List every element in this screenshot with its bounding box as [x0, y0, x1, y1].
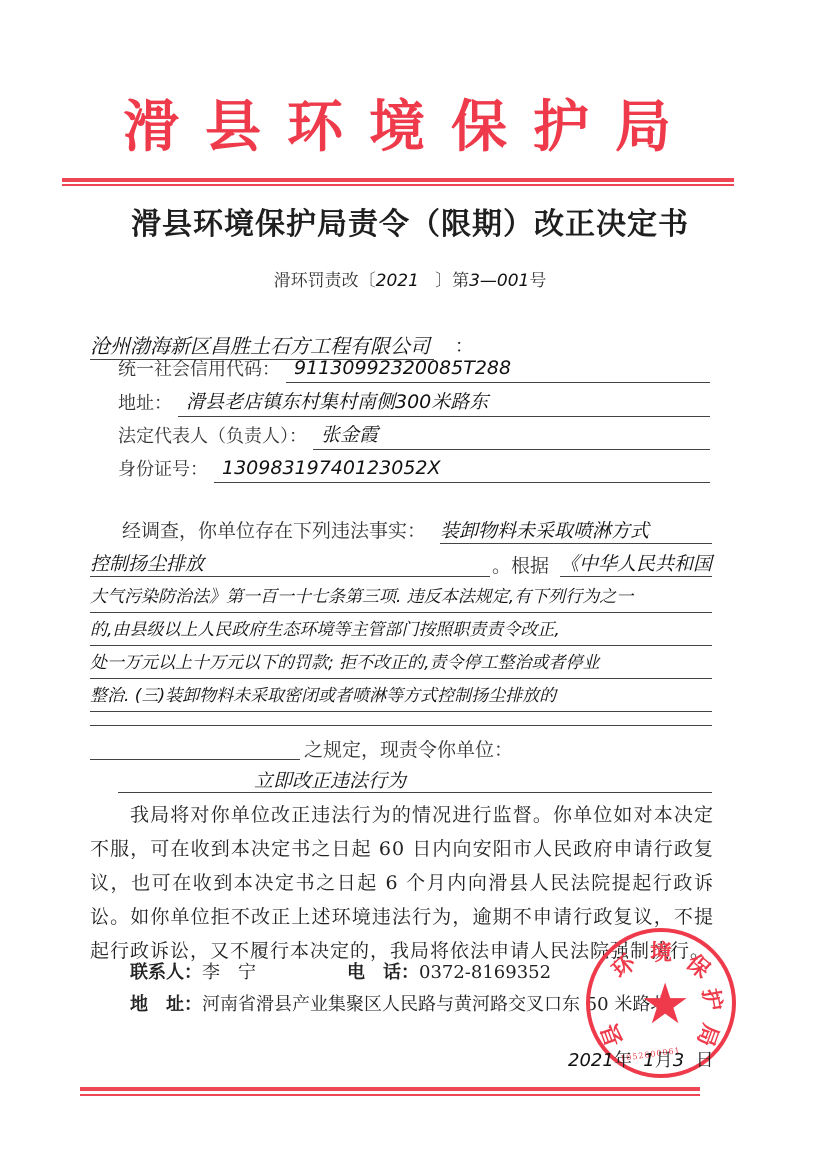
- contact-phone-row: 电 话：0372-8169352: [347, 958, 551, 984]
- field-credit-code: 统一社会信用代码： 91130992320085T288: [118, 355, 710, 383]
- blank-line: [90, 697, 712, 726]
- seal-char: 境: [650, 936, 672, 967]
- star-icon: ★: [640, 977, 690, 1033]
- id-number-label: 身份证号：: [118, 455, 208, 483]
- fact-line-2: 控制扬尘排放: [90, 549, 490, 577]
- order-intro-line: 之规定，现责令你单位：: [90, 733, 712, 763]
- order-line: 立即改正违法行为: [118, 766, 712, 793]
- contact-address-label: 地 址：: [130, 994, 202, 1015]
- contact-person-row: 联系人：李 宁: [130, 958, 256, 984]
- findings-intro: 经调查，你单位存在下列违法事实：: [122, 520, 426, 542]
- contact-person-label: 联系人：: [130, 962, 202, 983]
- document-number: 滑环罚责改〔2021 〕第3—001号: [60, 266, 760, 291]
- basis-line-4: 处一万元以上十万元以下的罚款; 拒不改正的,责令停工整治或者停业: [90, 648, 712, 679]
- doc-number-prefix: 滑环罚责改〔: [274, 271, 376, 291]
- fact-line-1: 装卸物料未采取喷淋方式: [440, 516, 712, 544]
- basis-line-2: 大气污染防治法》第一百一十七条第三项. 违反本法规定,有下列行为之一: [90, 582, 712, 613]
- contact-person: 李 宁: [202, 962, 256, 983]
- order-intro: 之规定，现责令你单位：: [304, 735, 513, 762]
- document-title: 滑县环境保护局责令（限期）改正决定书: [60, 205, 760, 245]
- doc-number-value: 3—001: [469, 271, 529, 291]
- address-label: 地址：: [118, 389, 172, 417]
- date-year-label: 年: [614, 1050, 632, 1071]
- field-address: 地址： 滑县老店镇东村集村南侧300米路东: [118, 389, 710, 417]
- address-value: 滑县老店镇东村集村南侧300米路东: [178, 389, 710, 417]
- contact-phone-label: 电 话：: [347, 962, 419, 983]
- findings-line-1: 经调查，你单位存在下列违法事实： 装卸物料未采取喷淋方式: [90, 516, 712, 546]
- seal-char: 环: [605, 947, 642, 985]
- legal-rep-label: 法定代表人（负责人）：: [118, 422, 307, 450]
- basis-label: 。根据: [492, 551, 549, 578]
- order-text: 立即改正违法行为: [254, 770, 406, 792]
- footer-rule-thick: [80, 1087, 700, 1091]
- date-month: 1: [643, 1050, 654, 1071]
- field-legal-rep: 法定代表人（负责人）： 张金霞: [118, 422, 710, 450]
- basis-line-3: 的,由县级以上人民政府生态环境等主管部门按照职责责令改正,: [90, 615, 712, 646]
- legal-rep-value: 张金霞: [313, 422, 710, 450]
- date-day: 3: [673, 1050, 684, 1071]
- contact-phone: 0372-8169352: [419, 962, 551, 983]
- credit-code-label: 统一社会信用代码：: [118, 355, 280, 383]
- date-year: 2021: [568, 1050, 614, 1071]
- letterhead-agency-name: 滑县环境保护局: [60, 92, 760, 162]
- letterhead-rule-thin: [62, 184, 734, 186]
- id-number-value: 13098319740123052X: [214, 455, 710, 483]
- seal-char: 护: [696, 986, 730, 1013]
- letterhead-rule-thick: [62, 178, 734, 182]
- blank-underline: [90, 733, 300, 760]
- field-id-number: 身份证号： 13098319740123052X: [118, 455, 710, 483]
- doc-number-end: 号: [529, 271, 546, 291]
- credit-code-value: 91130992320085T288: [286, 355, 710, 383]
- basis-line-1: 《中华人民共和国: [560, 549, 712, 577]
- footer-rule-thin: [80, 1094, 700, 1096]
- date-month-label: 月: [655, 1050, 673, 1071]
- doc-number-suffix: 〕第: [435, 271, 469, 291]
- doc-number-year: 2021: [376, 271, 419, 291]
- issue-date: 2021年 1月3 日: [568, 1046, 714, 1072]
- date-day-label: 日: [696, 1050, 714, 1071]
- findings-line-2: 控制扬尘排放 。根据 《中华人民共和国: [90, 549, 712, 579]
